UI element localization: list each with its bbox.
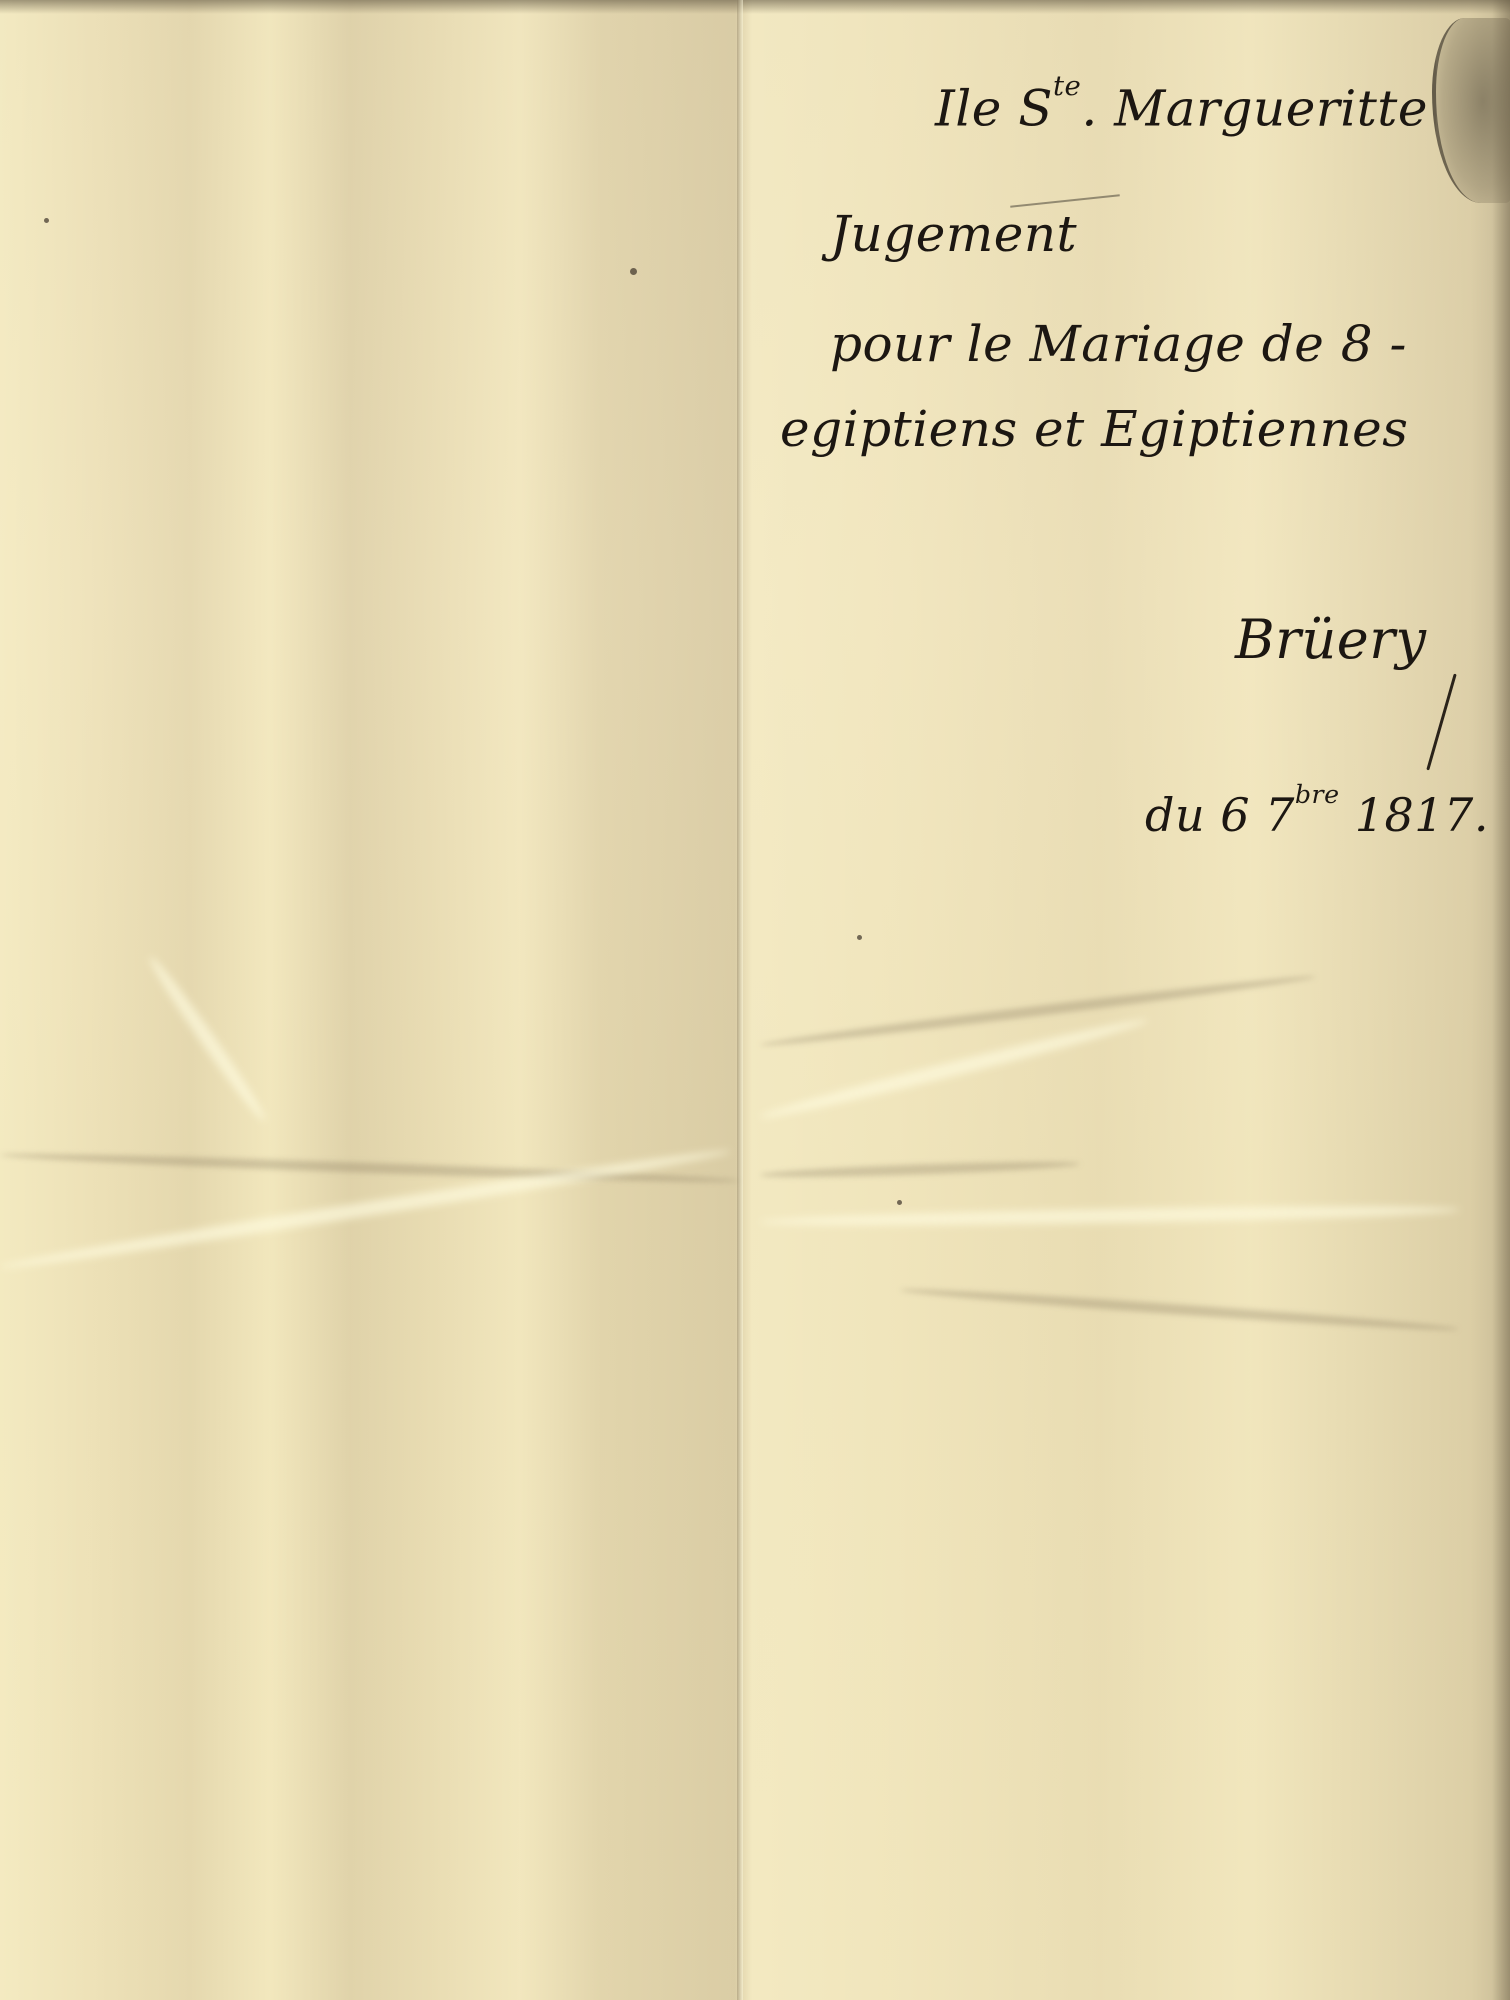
document-title: Jugement bbox=[830, 205, 1077, 263]
paper-speck bbox=[857, 935, 862, 940]
paper-top-edge bbox=[0, 0, 1510, 14]
paper-speck bbox=[897, 1200, 902, 1205]
abbrev-superscript: te bbox=[1053, 70, 1081, 102]
subject-line-1: pour le Mariage de 8 - bbox=[830, 315, 1407, 373]
vertical-fold-line bbox=[737, 0, 743, 2000]
location-heading: Ile Ste. Margueritte bbox=[935, 70, 1428, 137]
paper-sheet bbox=[0, 0, 1510, 2000]
month-superscript: bre bbox=[1295, 780, 1340, 809]
paper-speck bbox=[44, 218, 49, 223]
signature: Brüery bbox=[1235, 608, 1427, 671]
document-date: du 6 7bre 1817. bbox=[1145, 780, 1489, 842]
paper-right-edge bbox=[1492, 0, 1510, 2000]
paper-speck bbox=[630, 268, 637, 275]
subject-line-2: egiptiens et Egiptiennes bbox=[780, 400, 1408, 458]
